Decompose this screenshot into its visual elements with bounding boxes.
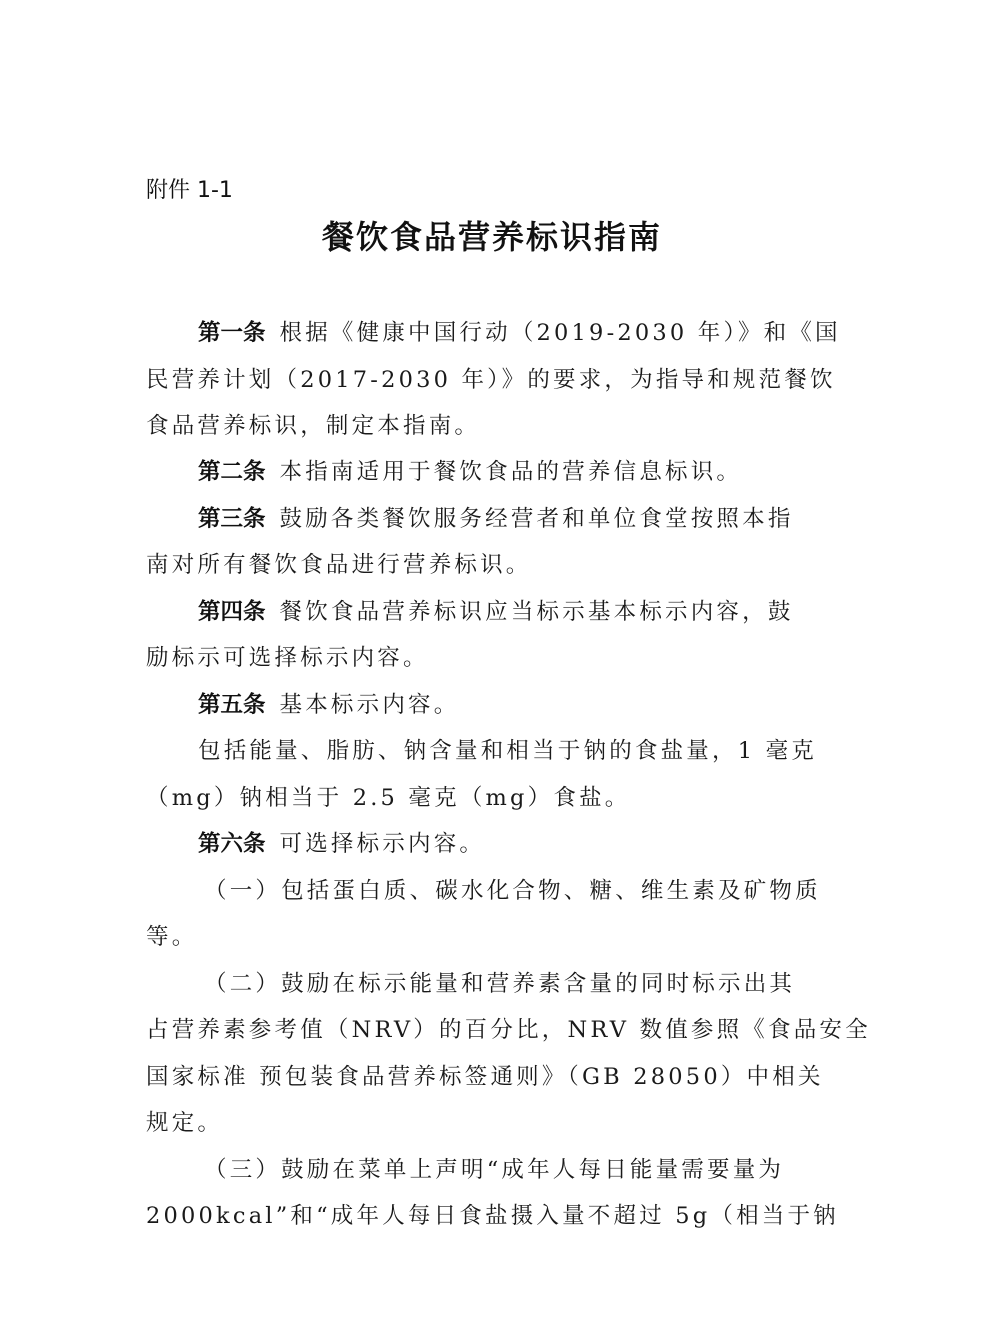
item-1-line-2: 等。: [146, 922, 846, 952]
article-5-body-line-1: 包括能量、脂肪、钠含量和相当于钠的食盐量，1 毫克: [198, 736, 898, 766]
article-4-heading: 第四条: [198, 599, 266, 625]
article-1-line-1: 第一条根据《健康中国行动（2019-2030 年）》和《国: [198, 318, 898, 348]
article-5-body-line-2: （mg）钠相当于 2.5 毫克（mg）食盐。: [146, 783, 846, 813]
document-page: 附件 1-1 餐饮食品营养标识指南 第一条根据《健康中国行动（2019-2030…: [0, 0, 984, 1337]
article-4-line-1: 第四条餐饮食品营养标识应当标示基本标示内容，鼓: [198, 597, 898, 627]
item-2-line-1: （二）鼓励在标示能量和营养素含量的同时标示出其: [204, 969, 904, 999]
item-3-line-1: （三）鼓励在菜单上声明“成年人每日能量需要量为: [204, 1155, 904, 1185]
item-2-line-3: 国家标准 预包装食品营养标签通则》（GB 28050）中相关: [146, 1062, 846, 1092]
attachment-label: 附件 1-1: [146, 176, 233, 206]
article-6-line-1: 第六条可选择标示内容。: [198, 829, 898, 859]
item-2-line-4: 规定。: [146, 1108, 846, 1138]
item-3-line-2: 2000kcal”和“成年人每日食盐摄入量不超过 5g（相当于钠: [146, 1201, 846, 1231]
article-3-heading: 第三条: [198, 506, 266, 532]
article-1-heading: 第一条: [198, 320, 266, 346]
article-2-line-1: 第二条本指南适用于餐饮食品的营养信息标识。: [198, 457, 898, 487]
article-1-line-3: 食品营养标识，制定本指南。: [146, 411, 846, 441]
article-4-line-2: 励标示可选择标示内容。: [146, 643, 846, 673]
item-1-line-1: （一）包括蛋白质、碳水化合物、糖、维生素及矿物质: [204, 876, 904, 906]
article-3-line-2: 南对所有餐饮食品进行营养标识。: [146, 550, 846, 580]
item-2-line-2: 占营养素参考值（NRV）的百分比，NRV 数值参照《食品安全: [146, 1015, 846, 1045]
article-6-heading: 第六条: [198, 831, 266, 857]
article-3-line-1: 第三条鼓励各类餐饮服务经营者和单位食堂按照本指: [198, 504, 898, 534]
article-1-line-2: 民营养计划（2017-2030 年）》的要求，为指导和规范餐饮: [146, 365, 846, 395]
article-5-line-1: 第五条基本标示内容。: [198, 690, 898, 720]
document-title: 餐饮食品营养标识指南: [0, 212, 984, 262]
article-2-heading: 第二条: [198, 459, 266, 485]
article-5-heading: 第五条: [198, 692, 266, 718]
